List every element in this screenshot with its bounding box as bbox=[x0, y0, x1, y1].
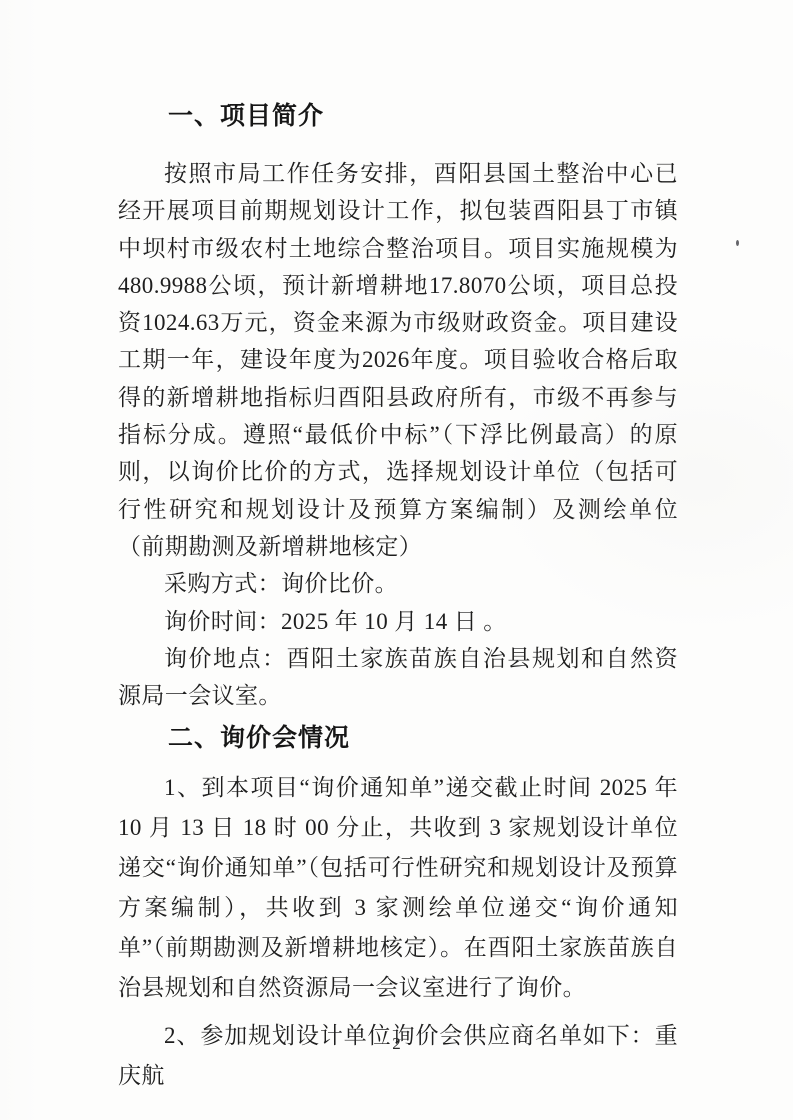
page-footer: 2 bbox=[0, 1034, 793, 1054]
section-2-heading: 二、询价会情况 bbox=[118, 722, 678, 754]
scan-speck bbox=[736, 240, 739, 246]
section-1-heading: 一、项目简介 bbox=[118, 100, 678, 132]
inquiry-location: 询价地点：酉阳土家族苗族自治县规划和自然资源局一会议室。 bbox=[118, 640, 678, 715]
section-2-paragraph-1: 1、到本项目“询价通知单”递交截止时间 2025 年 10 月 13 日 18 … bbox=[118, 768, 678, 1008]
document-content: 一、项目简介按照市局工作任务安排，酉阳县国土整治中心已经开展项目前期规划设计工作… bbox=[118, 100, 678, 1096]
document-page: 一、项目简介按照市局工作任务安排，酉阳县国土整治中心已经开展项目前期规划设计工作… bbox=[0, 0, 793, 1120]
section-2-paragraph-2: 2、参加规划设计单位询价会供应商名单如下：重庆航 bbox=[118, 1016, 678, 1096]
section-1-paragraph: 按照市局工作任务安排，酉阳县国土整治中心已经开展项目前期规划设计工作，拟包装酉阳… bbox=[118, 155, 678, 565]
page-number: 2 bbox=[392, 1034, 401, 1053]
inquiry-time: 询价时间：2025 年 10 月 14 日 。 bbox=[118, 603, 678, 640]
procurement-method: 采购方式：询价比价。 bbox=[118, 565, 678, 602]
